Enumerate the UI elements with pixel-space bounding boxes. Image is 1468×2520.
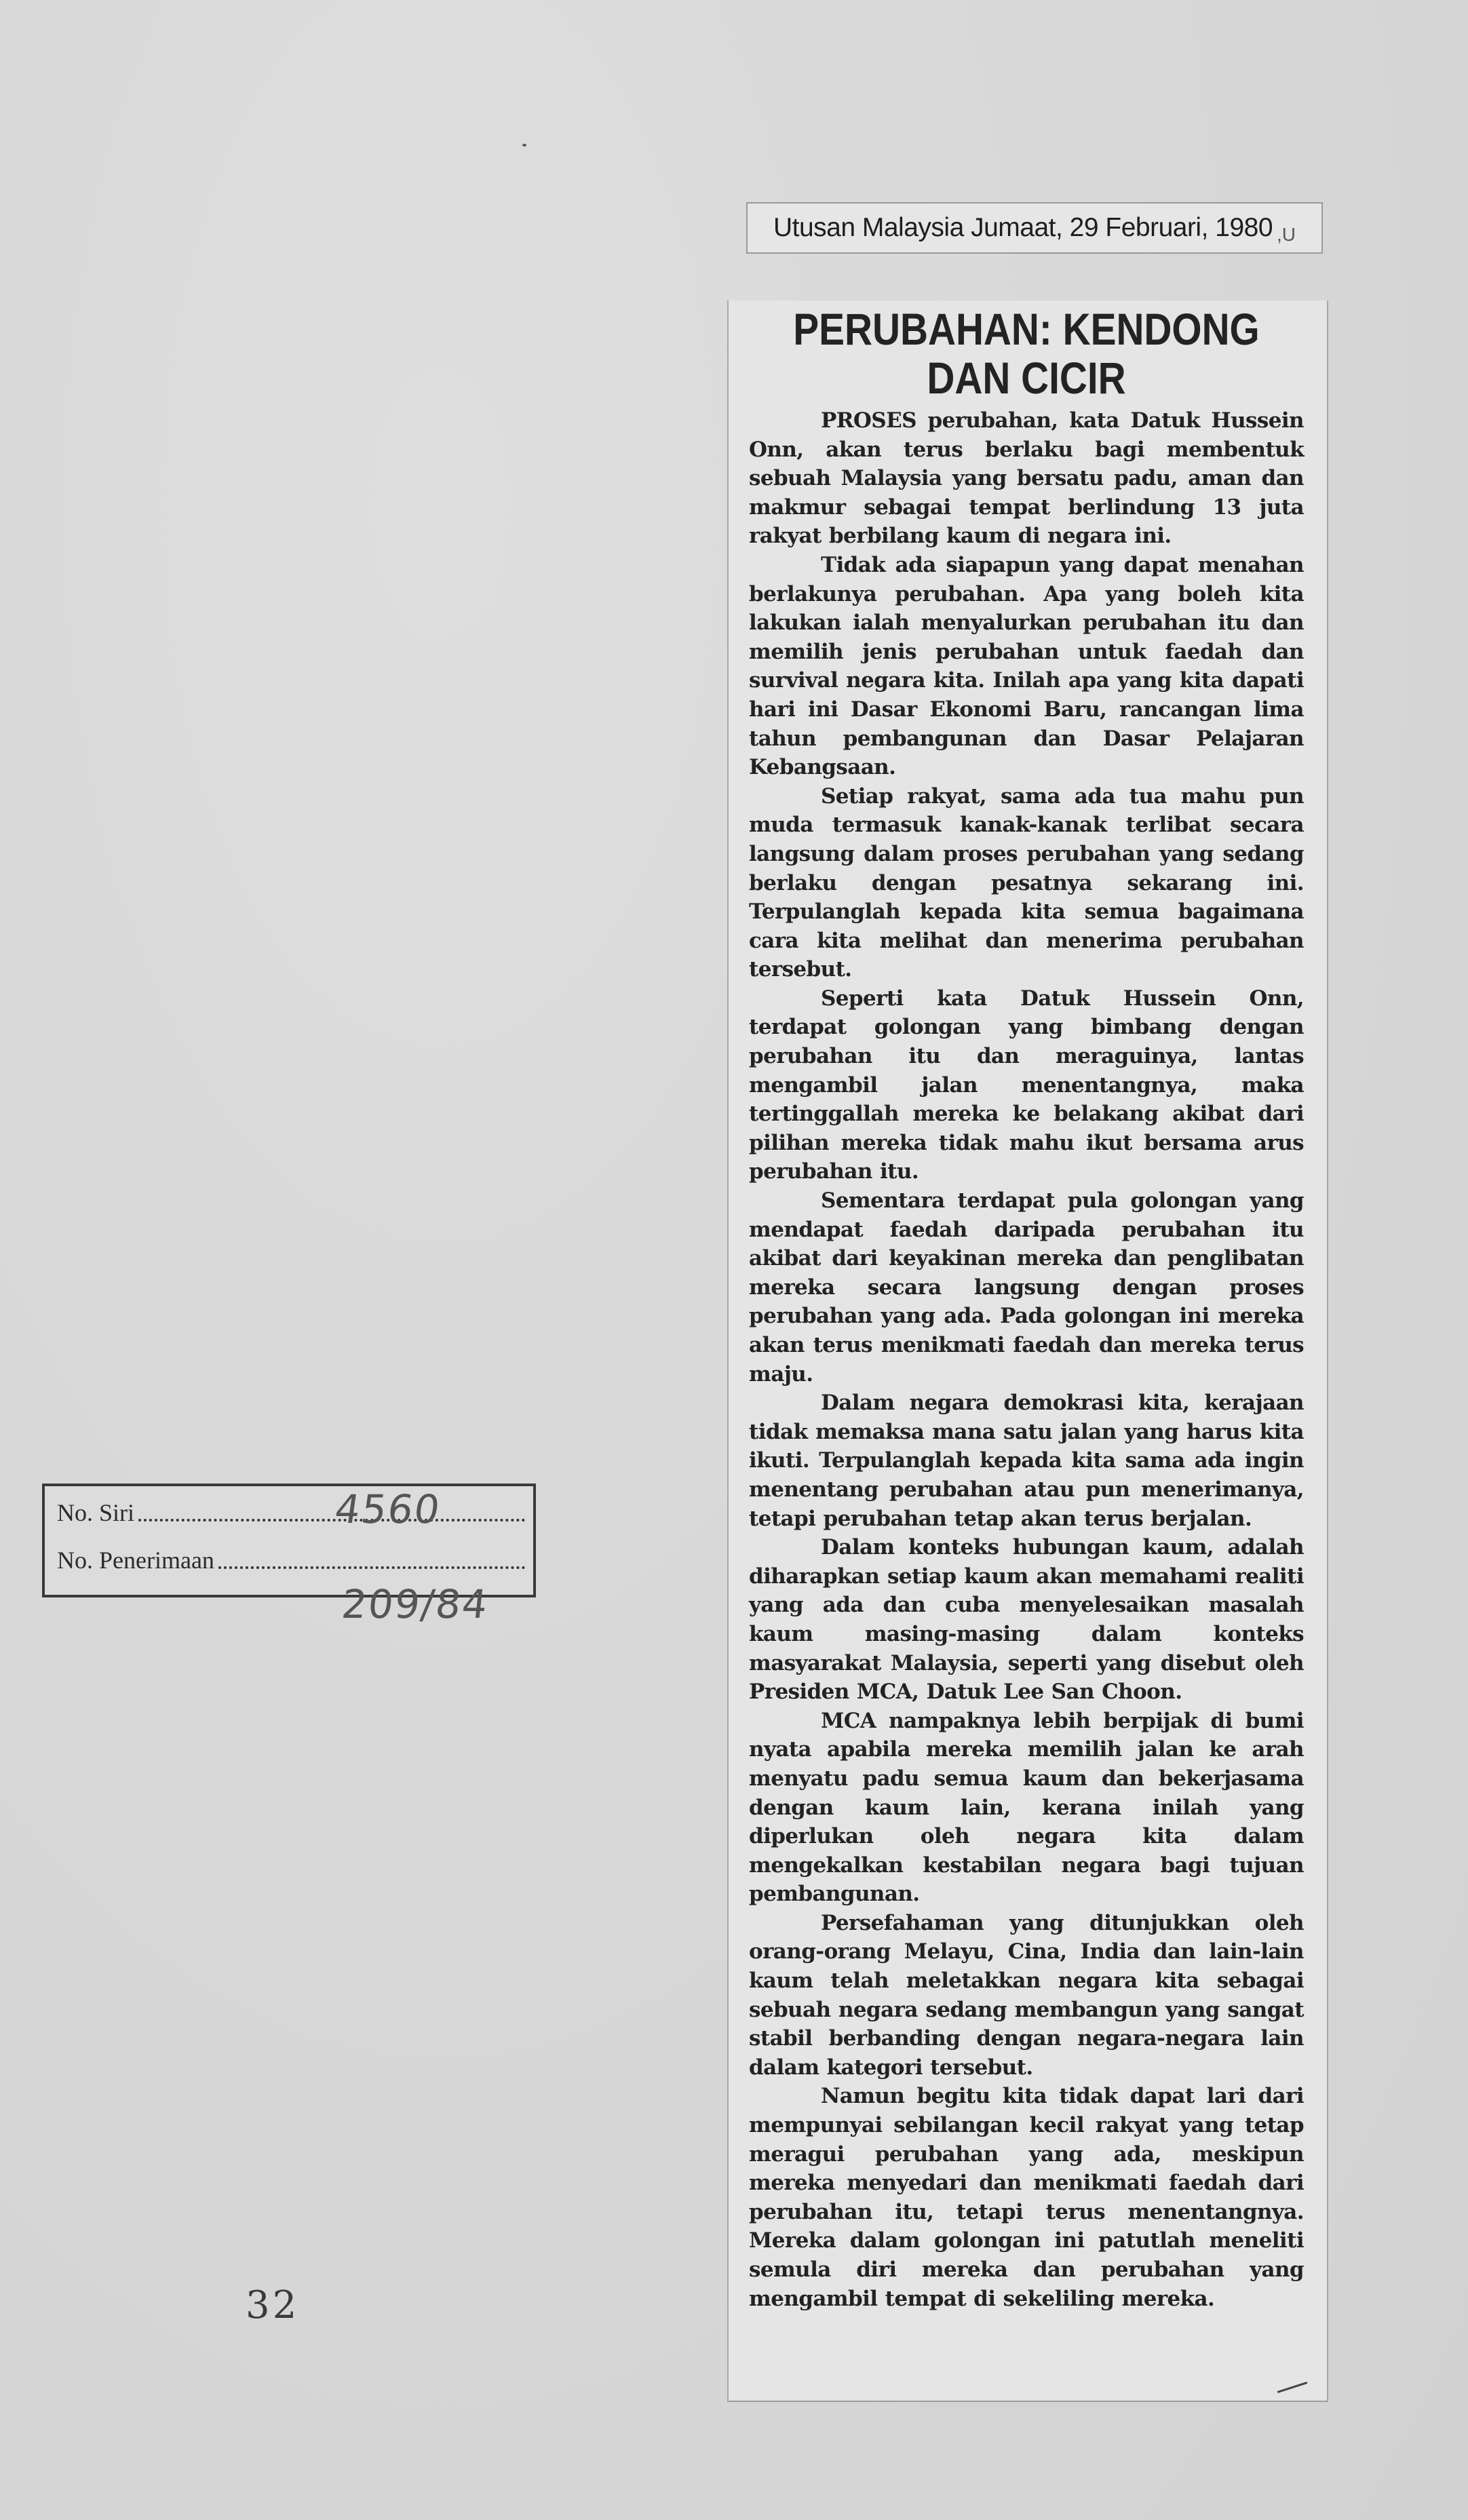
siri-value: 4560 [332,1486,444,1532]
stamp-row-siri: No. Siri 4560 [57,1498,525,1527]
headline-line-1: PERUBAHAN: KENDONG [788,305,1264,353]
paragraph: Persefahaman yang ditunjukkan oleh orang… [749,1909,1304,2082]
article-headline: PERUBAHAN: KENDONG DAN CICIR [788,305,1264,402]
pen-stroke-mark [1277,2382,1308,2393]
masthead-clipping: Utusan Malaysia Jumaat, 29 Februari, 198… [746,202,1323,254]
siri-label: No. Siri [57,1498,134,1527]
article-body: PROSES perubahan, kata Datuk Hussein Onn… [749,406,1304,2313]
paragraph: Dalam konteks hubungan kaum, adalah diha… [749,1533,1304,1707]
stamp-row-penerimaan: No. Penerimaan 209/84 [57,1546,525,1574]
penerimaan-label: No. Penerimaan [57,1546,214,1574]
paragraph: Setiap rakyat, sama ada tua mahu pun mud… [749,782,1304,984]
paragraph: Dalam negara demokrasi kita, kerajaan ti… [749,1389,1304,1533]
article-clipping: PERUBAHAN: KENDONG DAN CICIR PROSES peru… [727,301,1328,2402]
archive-stamp: No. Siri 4560 No. Penerimaan 209/84 [42,1484,536,1597]
paragraph: MCA nampaknya lebih berpijak di bumi nya… [749,1707,1304,1909]
page-number: 32 [246,2283,299,2327]
paragraph: Seperti kata Datuk Hussein Onn, terdapat… [749,984,1304,1186]
paragraph: Tidak ada siapapun yang dapat menahan be… [749,551,1304,782]
paragraph: Sementara terdapat pula golongan yang me… [749,1186,1304,1389]
dotted-line [218,1566,525,1569]
handwritten-mark: ,U [1277,224,1296,246]
scan-speck [522,144,526,147]
paragraph: PROSES perubahan, kata Datuk Hussein Onn… [749,406,1304,551]
headline-line-2: DAN CICIR [788,353,1264,402]
paragraph: Namun begitu kita tidak dapat lari dari … [749,2082,1304,2313]
penerimaan-value: 209/84 [339,1581,490,1627]
dotted-line [138,1519,525,1521]
publication-date-line: Utusan Malaysia Jumaat, 29 Februari, 198… [773,213,1273,243]
